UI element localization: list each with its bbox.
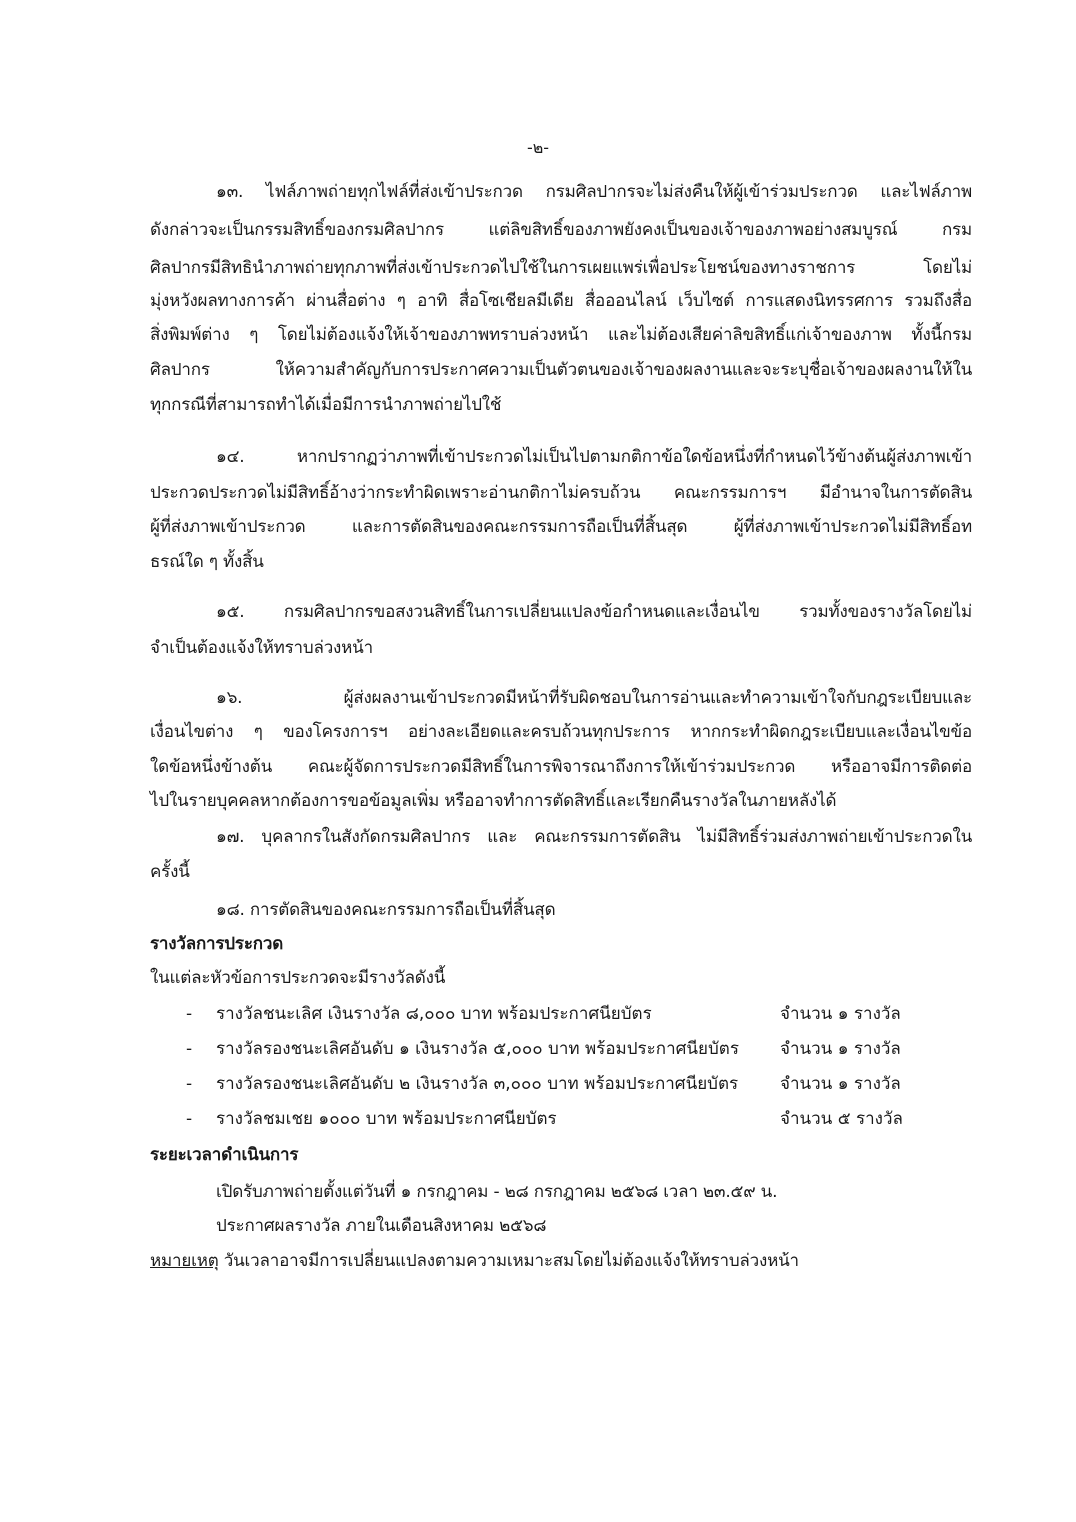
bullet-dash: - [186,1107,192,1131]
clause-18: ๑๘. การตัดสินของคณะกรรมการถือเป็นที่สิ้น… [216,898,555,922]
award-label: รางวัลชนะเลิศ เงินรางวัล ๘,๐๐๐ บาท พร้อม… [216,1002,652,1026]
bullet-dash: - [186,1072,192,1096]
document-page: -๒- ๑๓. ไฟล์ภาพถ่ายทุกไฟล์ที่ส่งเข้าประก… [0,0,1076,1522]
clause-14-line-1: ๑๔. หากปรากฏว่าภาพที่เข้าประกวดไม่เป็นไป… [216,445,972,469]
clause-14-line-4: ธรณ์ใด ๆ ทั้งสิ้น [150,550,264,574]
award-count: จำนวน ๕ รางวัล [780,1107,903,1131]
announcement-date: ประกาศผลรางวัล ภายในเดือนสิงหาคม ๒๕๖๘ [216,1214,546,1238]
clause-17-line-2: ครั้งนี้ [150,860,190,884]
clause-15-line-2: จำเป็นต้องแจ้งให้ทราบล่วงหน้า [150,636,373,660]
clause-13-line-2: ดังกล่าวจะเป็นกรรมสิทธิ์ของกรมศิลปากร แต… [150,218,972,242]
clause-16-line-2: เงื่อนไขต่าง ๆ ของโครงการฯ อย่างละเอียดแ… [150,720,972,744]
award-count: จำนวน ๑ รางวัล [780,1002,901,1026]
award-count: จำนวน ๑ รางวัล [780,1072,901,1096]
clause-13-line-1: ๑๓. ไฟล์ภาพถ่ายทุกไฟล์ที่ส่งเข้าประกวด ก… [216,180,972,204]
clause-14-line-3: ผู้ที่ส่งภาพเข้าประกวด และการตัดสินของคณ… [150,515,972,539]
clause-14-line-2: ประกวดประกวดไม่มีสิทธิ์อ้างว่ากระทำผิดเพ… [150,481,972,505]
clause-13-line-3: ศิลปากรมีสิทธินำภาพถ่ายทุกภาพที่ส่งเข้าป… [150,256,972,280]
note: หมายเหตุ วันเวลาอาจมีการเปลี่ยนแปลงตามคว… [150,1249,799,1273]
clause-13-line-4: มุ่งหวังผลทางการค้า ผ่านสื่อต่าง ๆ อาทิ … [150,289,972,313]
clause-15-line-1: ๑๕. กรมศิลปากรขอสงวนสิทธิ์ในการเปลี่ยนแป… [216,600,972,624]
schedule-heading: ระยะเวลาดำเนินการ [150,1143,298,1167]
award-label: รางวัลรองชนะเลิศอันดับ ๑ เงินรางวัล ๕,๐๐… [216,1037,739,1061]
note-label: หมายเหตุ [150,1251,219,1271]
submission-period: เปิดรับภาพถ่ายตั้งแต่วันที่ ๑ กรกฎาคม - … [216,1180,777,1204]
clause-13-line-5: สิ่งพิมพ์ต่าง ๆ โดยไม่ต้องแจ้งให้เจ้าของ… [150,323,972,347]
awards-heading: รางวัลการประกวด [150,932,283,956]
clause-13-line-7: ทุกกรณีที่สามารถทำได้เมื่อมีการนำภาพถ่าย… [150,393,501,417]
clause-16-line-4: ไปในรายบุคคลหากต้องการขอข้อมูลเพิ่ม หรือ… [150,789,836,813]
award-count: จำนวน ๑ รางวัล [780,1037,901,1061]
clause-16-line-3: ใดข้อหนึ่งข้างต้น คณะผู้จัดการประกวดมีสิ… [150,755,972,779]
awards-intro: ในแต่ละหัวข้อการประกวดจะมีรางวัลดังนี้ [150,966,445,990]
bullet-dash: - [186,1002,192,1026]
page-number: -๒- [0,136,1076,161]
clause-17-line-1: ๑๗. บุคลากรในสังกัดกรมศิลปากร และ คณะกรร… [216,825,972,849]
award-label: รางวัลชมเชย ๑๐๐๐ บาท พร้อมประกาศนียบัตร [216,1107,557,1131]
clause-16-line-1: ๑๖. ผู้ส่งผลงานเข้าประกวดมีหน้าที่รับผิด… [216,686,972,710]
award-label: รางวัลรองชนะเลิศอันดับ ๒ เงินรางวัล ๓,๐๐… [216,1072,738,1096]
clause-13-line-6: ศิลปากร ให้ความสำคัญกับการประกาศความเป็น… [150,358,972,382]
note-text: วันเวลาอาจมีการเปลี่ยนแปลงตามความเหมาะสม… [219,1251,799,1271]
bullet-dash: - [186,1037,192,1061]
